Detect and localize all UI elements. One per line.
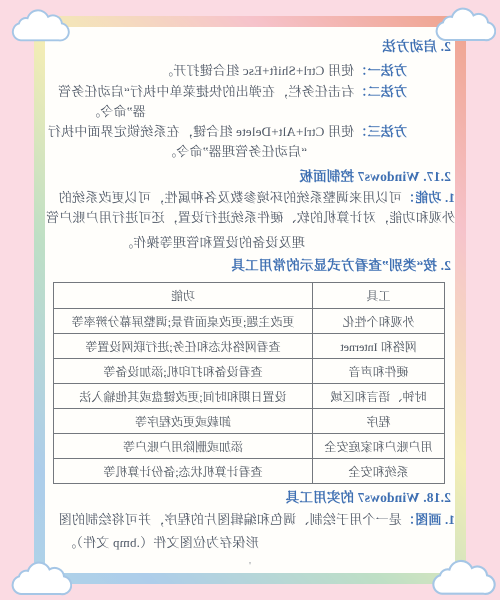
paragraph-method1: 方法一：使用 Ctrl+Shift+Esc 组合键打开。 (160, 63, 407, 78)
cell-function: 查看计算机状态;备份计算机等 (54, 459, 313, 484)
cloud-icon (432, 2, 496, 46)
cell-tool: 时钟、语言和区域 (313, 384, 445, 409)
method1-text: 使用 Ctrl+Shift+Esc 组合键打开。 (160, 63, 354, 78)
section-heading-category-tools: 2. 按“类别”查看方式显示的常用工具 (231, 258, 451, 273)
method1-label: 方法一： (354, 63, 407, 78)
table-row: 程序卸载或更改程序等 (54, 409, 445, 434)
cloud-icon (8, 4, 70, 46)
paragraph-paint-line1: 1. 画图：是一个用于绘制、调色和编辑图片的程序，并可将绘制的图 (59, 512, 455, 527)
mirrored-content: 2. 启动方法 方法一：使用 Ctrl+Shift+Esc 组合键打开。 方法二… (45, 27, 455, 573)
paragraph-method2: 方法二：右击任务栏，在弹出的快捷菜单中执行“启动任务管 (58, 84, 407, 99)
table-header-function: 功能 (54, 283, 313, 309)
cell-function: 查看网络状态和任务;进行联网设置等 (54, 334, 313, 359)
footer-mark: ' (45, 560, 455, 572)
function-label: 1. 功能： (402, 190, 455, 205)
paragraph-method3: 方法三：使用 Ctrl+Alt+Delete 组合键，在系统锁定界面中执行 (48, 124, 407, 139)
table-row: 网络和 Internet查看网络状态和任务;进行联网设置等 (54, 334, 445, 359)
paint-text1: 是一个用于绘制、调色和编辑图片的程序，并可将绘制的图 (59, 512, 402, 527)
document-page: 2. 启动方法 方法一：使用 Ctrl+Shift+Esc 组合键打开。 方法二… (45, 27, 455, 573)
cloud-icon (8, 556, 72, 600)
cell-tool: 硬件和声音 (313, 359, 445, 384)
cell-tool: 系统和安全 (313, 459, 445, 484)
cell-function: 添加或删除用户账户等 (54, 434, 313, 459)
method2-text: 右击任务栏，在弹出的快捷菜单中执行“启动任务管 (58, 84, 354, 99)
cell-function: 更改主题;更改桌面背景;调整屏幕分辨率等 (54, 309, 313, 334)
table-row: 外观和个性化更改主题;更改桌面背景;调整屏幕分辨率等 (54, 309, 445, 334)
method2-label: 方法二： (354, 84, 407, 99)
table-row: 用户账户和家庭安全添加或删除用户账户等 (54, 434, 445, 459)
method3-label: 方法三： (354, 124, 407, 139)
function-text1: 可以用来调整系统的环境参数及各种属性，可以更改系统的 (59, 190, 402, 205)
paragraph-function-line2: 外观和功能，对计算机的软、硬件系统进行设置，还可进行用户账户管 (46, 210, 455, 225)
paint-label: 1. 画图： (402, 512, 455, 527)
table-row: 时钟、语言和区域设置日期和时间;更改键盘或其他输入法 (54, 384, 445, 409)
tools-table: 工具 功能 外观和个性化更改主题;更改桌面背景;调整屏幕分辨率等 网络和 Int… (53, 282, 445, 484)
cell-tool: 程序 (313, 409, 445, 434)
table-row: 硬件和声音查看设备和打印机;添加设备等 (54, 359, 445, 384)
cell-tool: 用户账户和家庭安全 (313, 434, 445, 459)
rainbow-border-frame: 2. 启动方法 方法一：使用 Ctrl+Shift+Esc 组合键打开。 方法二… (34, 16, 466, 584)
paragraph-method2-tail: 器”命令。 (87, 104, 146, 119)
cell-tool: 网络和 Internet (313, 334, 445, 359)
table-row: 系统和安全查看计算机状态;备份计算机等 (54, 459, 445, 484)
table-header-tool: 工具 (313, 283, 445, 309)
cell-function: 查看设备和打印机;添加设备等 (54, 359, 313, 384)
method3-text: 使用 Ctrl+Alt+Delete 组合键，在系统锁定界面中执行 (48, 124, 355, 139)
cell-tool: 外观和个性化 (313, 309, 445, 334)
cloud-icon (428, 554, 496, 600)
paragraph-method3-tail: “启动任务管理器”命令。 (163, 144, 307, 159)
paragraph-paint-line2: 形保存为位图文件（.bmp 文件）。 (63, 535, 259, 550)
cell-function: 设置日期和时间;更改键盘或其他输入法 (54, 384, 313, 409)
section-heading-utilities: 2.18. Windows7 的实用工具 (285, 490, 451, 505)
cell-function: 卸载或更改程序等 (54, 409, 313, 434)
section-heading-control-panel: 2.17. Windows7 控制面板 (299, 169, 451, 184)
paragraph-function-line3: 理及设备的设置和管理等操作。 (120, 235, 305, 250)
paragraph-function-line1: 1. 功能：可以用来调整系统的环境参数及各种属性，可以更改系统的 (59, 190, 455, 205)
table-header-row: 工具 功能 (54, 283, 445, 309)
